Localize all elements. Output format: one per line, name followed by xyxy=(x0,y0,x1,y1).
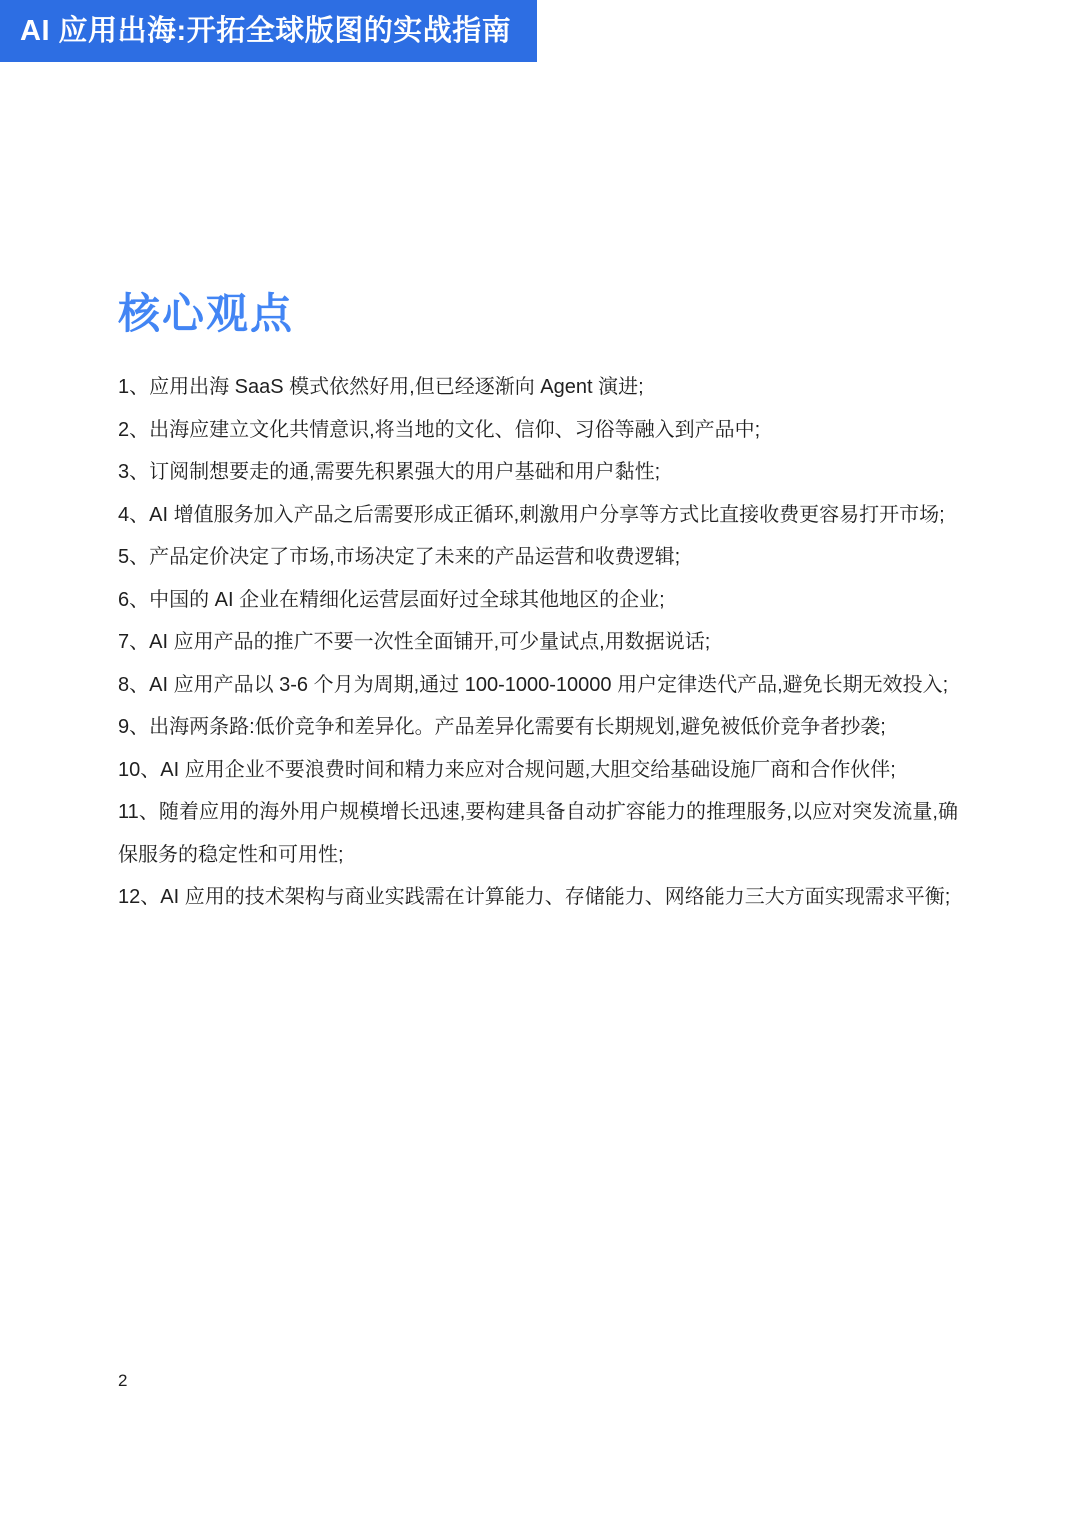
key-point: 3、订阅制想要走的通,需要先积累强大的用户基础和用户黏性; xyxy=(118,451,958,494)
key-point: 8、AI 应用产品以 3-6 个月为周期,通过 100-1000-10000 用… xyxy=(118,664,958,707)
key-point: 10、AI 应用企业不要浪费时间和精力来应对合规问题,大胆交给基础设施厂商和合作… xyxy=(118,749,958,792)
point-number: 8、 xyxy=(118,674,149,696)
point-text: AI 应用产品的推广不要一次性全面铺开,可少量试点,用数据说话; xyxy=(149,631,710,653)
point-text: AI 应用产品以 3-6 个月为周期,通过 100-1000-10000 用户定… xyxy=(149,674,948,696)
key-point: 1、应用出海 SaaS 模式依然好用,但已经逐渐向 Agent 演进; xyxy=(118,366,958,409)
point-text: 应用出海 SaaS 模式依然好用,但已经逐渐向 Agent 演进; xyxy=(149,376,644,398)
section-heading: 核心观点 xyxy=(118,281,294,341)
point-number: 3、 xyxy=(118,461,149,483)
point-text: 出海应建立文化共情意识,将当地的文化、信仰、习俗等融入到产品中; xyxy=(149,419,760,441)
point-number: 7、 xyxy=(118,631,149,653)
point-text: 产品定价决定了市场,市场决定了未来的产品运营和收费逻辑; xyxy=(149,546,680,568)
key-point: 9、出海两条路:低价竞争和差异化。产品差异化需要有长期规划,避免被低价竞争者抄袭… xyxy=(118,706,958,749)
document-title: AI 应用出海:开拓全球版图的实战指南 xyxy=(20,15,511,47)
point-text: 随着应用的海外用户规模增长迅速,要构建具备自动扩容能力的推理服务,以应对突发流量… xyxy=(118,801,958,866)
point-number: 4、 xyxy=(118,504,149,526)
point-number: 9、 xyxy=(118,716,149,738)
point-number: 1、 xyxy=(118,376,149,398)
key-point: 2、出海应建立文化共情意识,将当地的文化、信仰、习俗等融入到产品中; xyxy=(118,409,958,452)
key-point: 7、AI 应用产品的推广不要一次性全面铺开,可少量试点,用数据说话; xyxy=(118,621,958,664)
key-points-list: 1、应用出海 SaaS 模式依然好用,但已经逐渐向 Agent 演进; 2、出海… xyxy=(118,366,958,919)
point-number: 2、 xyxy=(118,419,149,441)
point-number: 12、 xyxy=(118,886,160,908)
header-banner: AI 应用出海:开拓全球版图的实战指南 xyxy=(0,0,537,62)
point-number: 5、 xyxy=(118,546,149,568)
point-text: 订阅制想要走的通,需要先积累强大的用户基础和用户黏性; xyxy=(149,461,660,483)
point-text: 出海两条路:低价竞争和差异化。产品差异化需要有长期规划,避免被低价竞争者抄袭; xyxy=(149,716,886,738)
key-point: 6、中国的 AI 企业在精细化运营层面好过全球其他地区的企业; xyxy=(118,579,958,622)
key-point: 11、随着应用的海外用户规模增长迅速,要构建具备自动扩容能力的推理服务,以应对突… xyxy=(118,791,958,876)
point-text: AI 应用企业不要浪费时间和精力来应对合规问题,大胆交给基础设施厂商和合作伙伴; xyxy=(160,759,896,781)
point-text: AI 应用的技术架构与商业实践需在计算能力、存储能力、网络能力三大方面实现需求平… xyxy=(160,886,950,908)
page-number: 2 xyxy=(118,1371,127,1391)
point-text: AI 增值服务加入产品之后需要形成正循环,刺激用户分享等方式比直接收费更容易打开… xyxy=(149,504,945,526)
key-point: 12、AI 应用的技术架构与商业实践需在计算能力、存储能力、网络能力三大方面实现… xyxy=(118,876,958,919)
point-text: 中国的 AI 企业在精细化运营层面好过全球其他地区的企业; xyxy=(149,589,665,611)
point-number: 10、 xyxy=(118,759,160,781)
document-page: AI 应用出海:开拓全球版图的实战指南 核心观点 1、应用出海 SaaS 模式依… xyxy=(0,0,1075,1518)
point-number: 11、 xyxy=(118,801,159,823)
key-point: 5、产品定价决定了市场,市场决定了未来的产品运营和收费逻辑; xyxy=(118,536,958,579)
point-number: 6、 xyxy=(118,589,149,611)
key-point: 4、AI 增值服务加入产品之后需要形成正循环,刺激用户分享等方式比直接收费更容易… xyxy=(118,494,958,537)
